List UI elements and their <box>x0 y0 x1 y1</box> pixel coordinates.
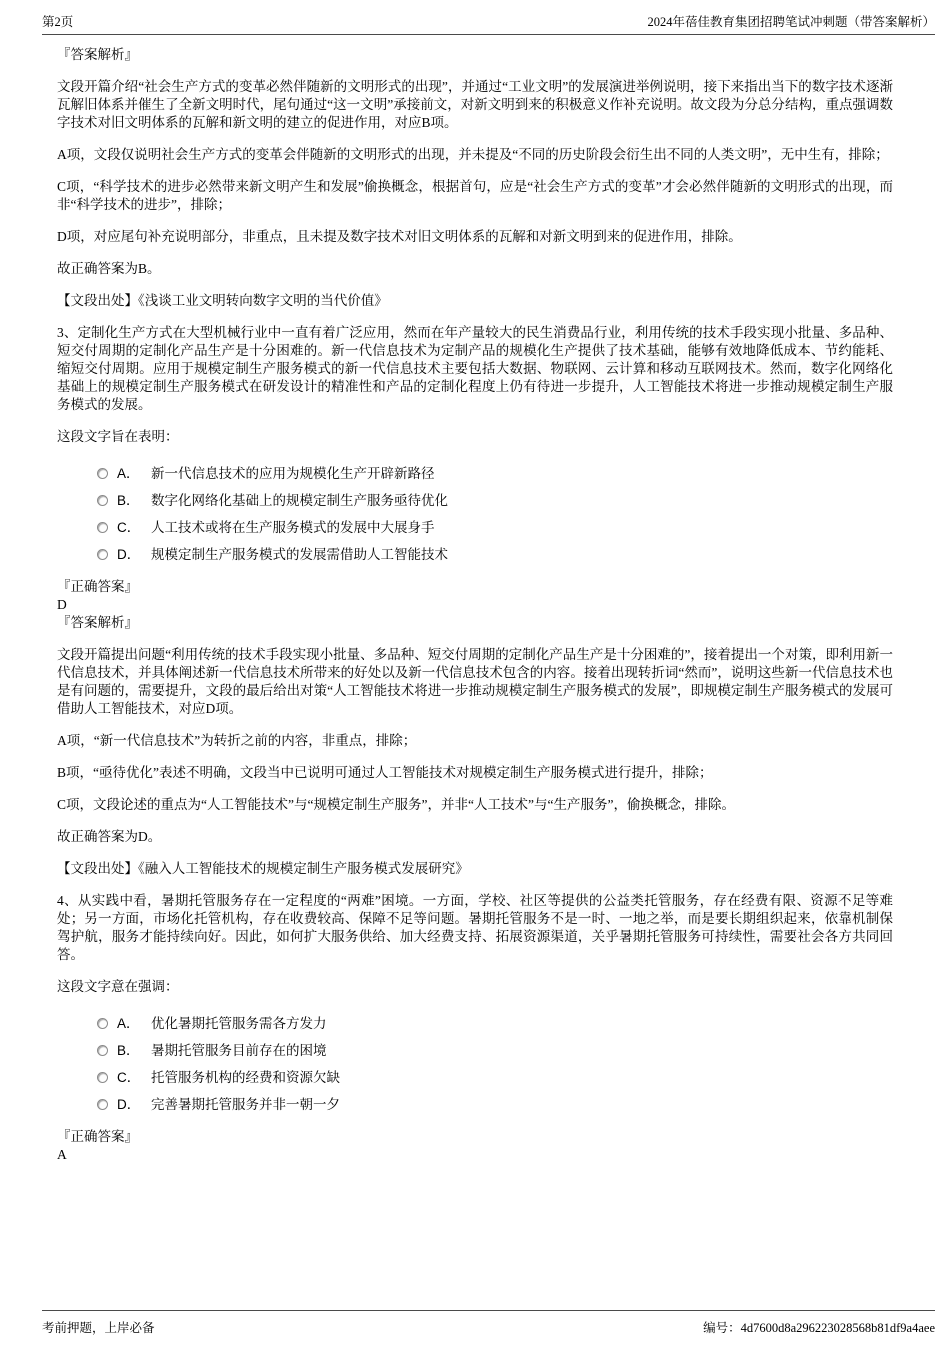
radio-button[interactable] <box>97 522 108 533</box>
option-text: 新一代信息技术的应用为规模化生产开辟新路径 <box>151 465 435 483</box>
document-page: 第2页 2024年蓓佳教育集团招聘笔试冲刺题（带答案解析） 『答案解析』 文段开… <box>0 0 950 1345</box>
option-letter: D． <box>117 546 151 564</box>
question-stem: 3、定制化生产方式在大型机械行业中一直有着广泛应用，然而在年产量较大的民生消费品… <box>57 324 893 414</box>
question-3-options: A． 新一代信息技术的应用为规模化生产开辟新路径 B． 数字化网络化基础上的规模… <box>97 460 893 568</box>
option-row: B． 暑期托管服务目前存在的困境 <box>97 1037 893 1064</box>
option-text: 规模定制生产服务模式的发展需借助人工智能技术 <box>151 546 448 564</box>
correct-answer-block: 『正确答案』 D 『答案解析』 <box>57 578 893 632</box>
option-row: A． 优化暑期托管服务需各方发力 <box>97 1010 893 1037</box>
radio-button[interactable] <box>97 549 108 560</box>
radio-button[interactable] <box>97 1072 108 1083</box>
option-letter: C． <box>117 1069 151 1087</box>
option-row: D． 完善暑期托管服务并非一朝一夕 <box>97 1091 893 1118</box>
option-letter: A． <box>117 465 151 483</box>
radio-button[interactable] <box>97 468 108 479</box>
doc-title: 2024年蓓佳教育集团招聘笔试冲刺题（带答案解析） <box>647 12 935 30</box>
analysis-paragraph: B项，“亟待优化”表述不明确，文段当中已说明可通过人工智能技术对规模定制生产服务… <box>57 764 893 782</box>
question-2-analysis: 『答案解析』 文段开篇介绍“社会生产方式的变革必然伴随新的文明形式的出现”，并通… <box>57 46 893 310</box>
analysis-paragraph: C项，“科学技术的进步必然带来新文明产生和发展”偷换概念，根据首句，应是“社会生… <box>57 178 893 214</box>
page-header: 第2页 2024年蓓佳教育集团招聘笔试冲刺题（带答案解析） <box>42 12 935 35</box>
option-row: C． 人工技术或将在生产服务模式的发展中大展身手 <box>97 514 893 541</box>
option-text: 优化暑期托管服务需各方发力 <box>151 1015 327 1033</box>
doc-serial-number: 编号：4d7600d8a296223028568b81df9a4aee <box>703 1318 935 1336</box>
page-number: 第2页 <box>42 12 73 30</box>
option-letter: D． <box>117 1096 151 1114</box>
correct-answer-label: 『正确答案』 <box>57 1128 893 1146</box>
question-prompt: 这段文字旨在表明： <box>57 428 893 446</box>
passage-source: 【文段出处】《融入人工智能技术的规模定制生产服务模式发展研究》 <box>57 860 893 878</box>
option-row: C． 托管服务机构的经费和资源欠缺 <box>97 1064 893 1091</box>
option-text: 暑期托管服务目前存在的困境 <box>151 1042 327 1060</box>
option-text: 托管服务机构的经费和资源欠缺 <box>151 1069 340 1087</box>
analysis-conclusion: 故正确答案为B。 <box>57 260 893 278</box>
option-row: A． 新一代信息技术的应用为规模化生产开辟新路径 <box>97 460 893 487</box>
analysis-conclusion: 故正确答案为D。 <box>57 828 893 846</box>
analysis-paragraph: C项，文段论述的重点为“人工智能技术”与“规模定制生产服务”，并非“人工技术”与… <box>57 796 893 814</box>
correct-answer-value: A <box>57 1146 893 1164</box>
footer-slogan: 考前押题，上岸必备 <box>42 1318 155 1336</box>
question-prompt: 这段文字意在强调： <box>57 978 893 996</box>
analysis-label: 『答案解析』 <box>57 614 893 632</box>
question-4-options: A． 优化暑期托管服务需各方发力 B． 暑期托管服务目前存在的困境 C． 托管服… <box>97 1010 893 1118</box>
radio-button[interactable] <box>97 495 108 506</box>
option-text: 完善暑期托管服务并非一朝一夕 <box>151 1096 340 1114</box>
page-content: 『答案解析』 文段开篇介绍“社会生产方式的变革必然伴随新的文明形式的出现”，并通… <box>57 46 893 1164</box>
radio-button[interactable] <box>97 1045 108 1056</box>
option-row: B． 数字化网络化基础上的规模定制生产服务亟待优化 <box>97 487 893 514</box>
analysis-paragraph: 文段开篇介绍“社会生产方式的变革必然伴随新的文明形式的出现”，并通过“工业文明”… <box>57 78 893 132</box>
radio-button[interactable] <box>97 1018 108 1029</box>
passage-source: 【文段出处】《浅谈工业文明转向数字文明的当代价值》 <box>57 292 893 310</box>
question-3: 3、定制化生产方式在大型机械行业中一直有着广泛应用，然而在年产量较大的民生消费品… <box>57 324 893 878</box>
option-text: 人工技术或将在生产服务模式的发展中大展身手 <box>151 519 435 537</box>
option-text: 数字化网络化基础上的规模定制生产服务亟待优化 <box>151 492 448 510</box>
question-stem: 4、从实践中看，暑期托管服务存在一定程度的“两难”困境。一方面，学校、社区等提供… <box>57 892 893 964</box>
option-letter: B． <box>117 492 151 510</box>
question-4: 4、从实践中看，暑期托管服务存在一定程度的“两难”困境。一方面，学校、社区等提供… <box>57 892 893 1164</box>
analysis-paragraph: A项，文段仅说明社会生产方式的变革会伴随新的文明形式的出现，并未提及“不同的历史… <box>57 146 893 164</box>
option-letter: B． <box>117 1042 151 1060</box>
page-footer: 考前押题，上岸必备 编号：4d7600d8a296223028568b81df9… <box>42 1310 935 1336</box>
correct-answer-block: 『正确答案』 A <box>57 1128 893 1164</box>
correct-answer-label: 『正确答案』 <box>57 578 893 596</box>
option-row: D． 规模定制生产服务模式的发展需借助人工智能技术 <box>97 541 893 568</box>
analysis-label: 『答案解析』 <box>57 46 893 64</box>
option-letter: A． <box>117 1015 151 1033</box>
analysis-paragraph: A项，“新一代信息技术”为转折之前的内容，非重点，排除； <box>57 732 893 750</box>
correct-answer-value: D <box>57 596 893 614</box>
analysis-paragraph: D项，对应尾句补充说明部分，非重点，且未提及数字技术对旧文明体系的瓦解和对新文明… <box>57 228 893 246</box>
radio-button[interactable] <box>97 1099 108 1110</box>
option-letter: C． <box>117 519 151 537</box>
analysis-paragraph: 文段开篇提出问题“利用传统的技术手段实现小批量、多品种、短交付周期的定制化产品生… <box>57 646 893 718</box>
